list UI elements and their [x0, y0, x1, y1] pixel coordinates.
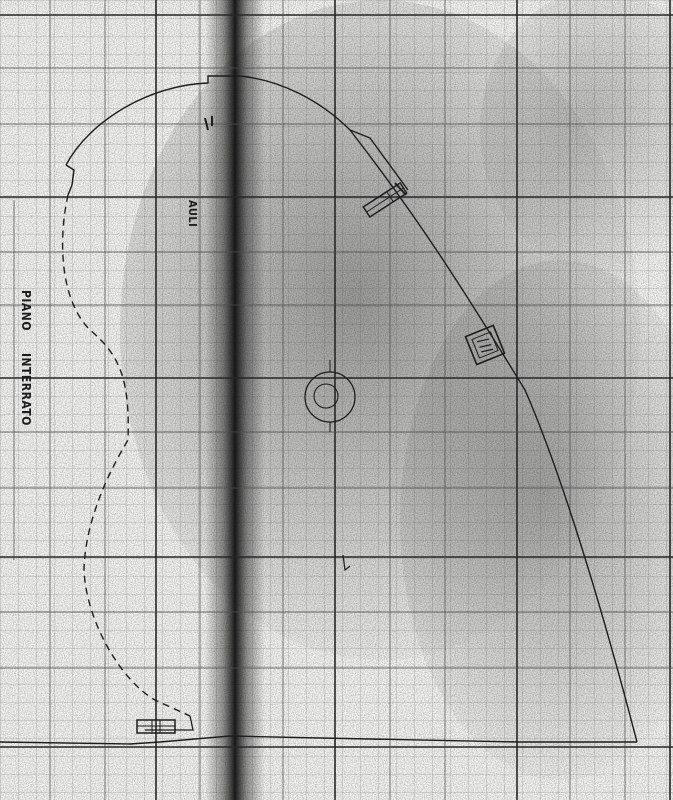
floor-label: PIANOINTERRATO — [19, 290, 33, 426]
scan-noise — [0, 0, 673, 800]
floor-label-word1: PIANO — [19, 290, 33, 331]
floor-plan-sheet: PIANOINTERRATO AULI — [0, 0, 673, 800]
room-label: AULI — [186, 200, 199, 227]
plan-drawing — [0, 0, 673, 800]
floor-label-word2: INTERRATO — [19, 353, 33, 426]
